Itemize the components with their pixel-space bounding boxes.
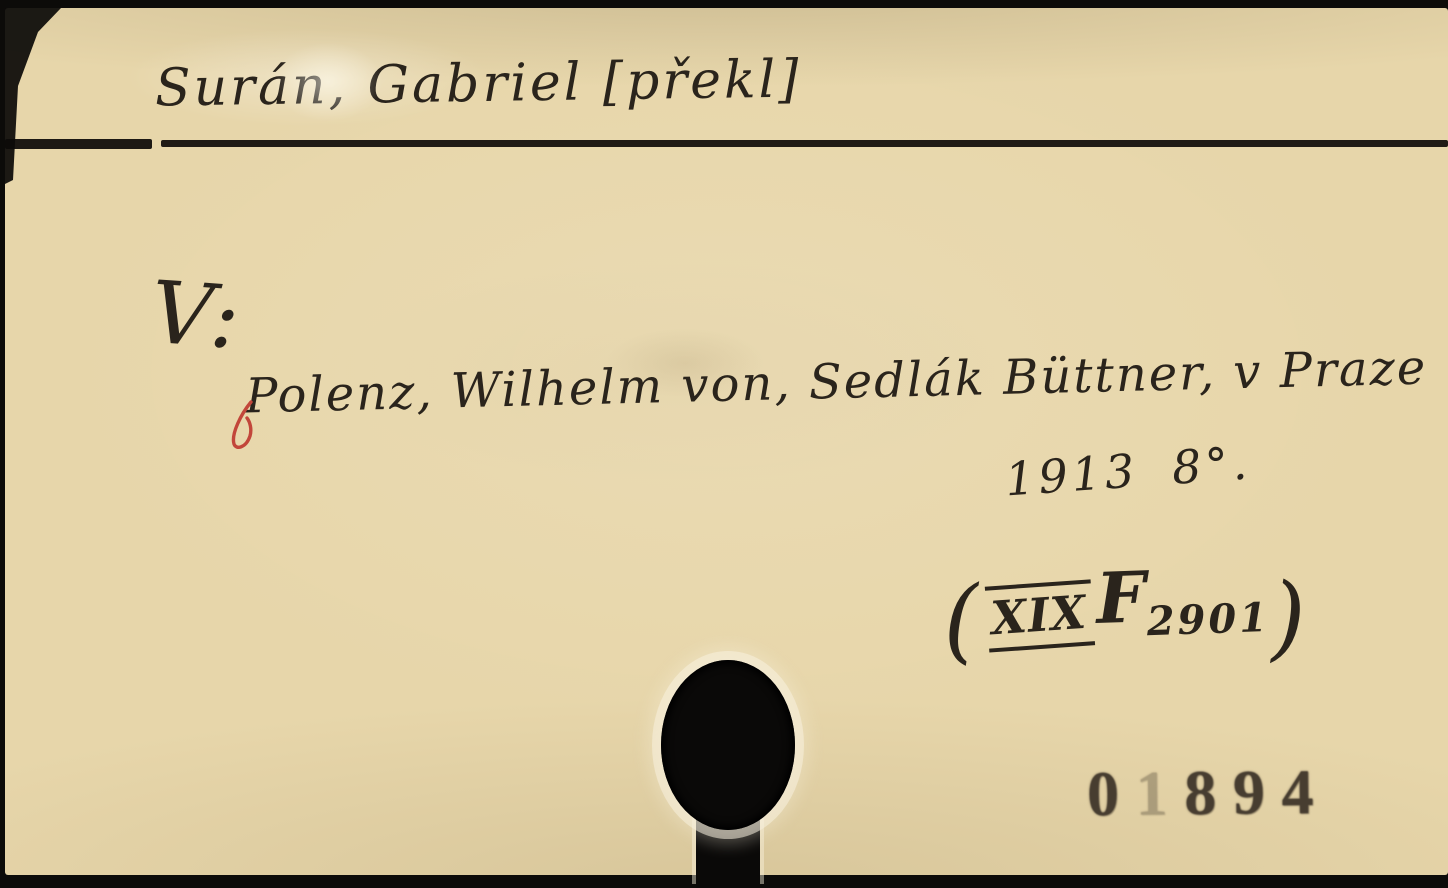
format-octavo: 8°. — [1170, 435, 1252, 494]
see-reference-mark: V: — [148, 263, 249, 369]
stamp-digit: 0 — [1087, 758, 1136, 830]
main-entry-line: Polenz, Wilhelm von, Sedlák Büttner, v P… — [244, 340, 1427, 425]
publication-year: 1913 — [1003, 443, 1140, 506]
accession-number-stamp: 01894 — [1087, 755, 1331, 832]
shelfmark-roman-numeral: XIX — [985, 579, 1095, 652]
shelfmark-number: 2901 — [1146, 594, 1271, 645]
shelfmark-class-letter: F — [1095, 555, 1148, 640]
shelfmark: (XIXF2901) — [941, 550, 1308, 683]
shelfmark-open-paren: ( — [941, 566, 981, 674]
heading-rule-right-segment — [161, 140, 1448, 147]
scan-background: { "card": { "heading": "Surán, Gabriel [… — [0, 0, 1448, 888]
erasure-smudge — [273, 42, 383, 122]
publication-line: 19138°. — [1003, 435, 1252, 506]
author-heading: Surán, Gabriel [překl] — [155, 49, 802, 118]
red-ink-mark — [227, 400, 257, 452]
punch-hole — [661, 660, 795, 830]
heading-rule-left-segment — [5, 139, 152, 149]
stamp-digit-faint: 1 — [1135, 757, 1184, 829]
stamp-digits: 894 — [1184, 756, 1331, 829]
shelfmark-close-paren: ) — [1268, 563, 1308, 671]
torn-corner — [5, 8, 65, 188]
